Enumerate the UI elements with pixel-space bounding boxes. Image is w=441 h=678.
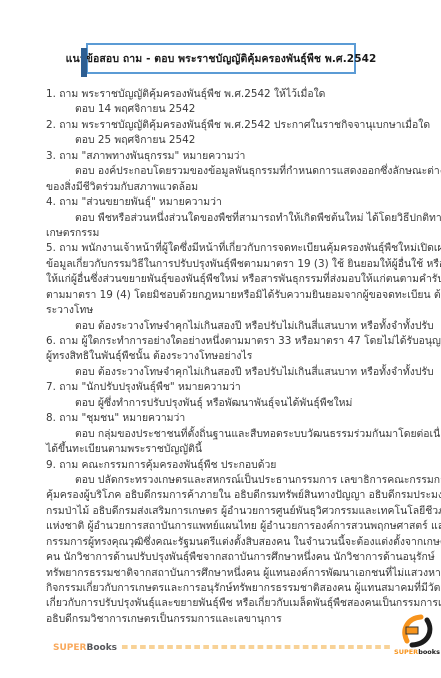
text-line: ของสิ่งมีชีวิตร่วมกับสภาพแวดล้อม: [46, 180, 406, 195]
text-line: ตอบ ต้องระวางโทษจำคุกไม่เกินสองปี หรือปร…: [46, 365, 406, 380]
text-line: 9. ถาม คณะกรรมการคุ้มครองพันธุ์พืช ประกอ…: [46, 458, 406, 473]
text-line: เกี่ยวกับการปรับปรุงพันธุ์และขยายพันธุ์พ…: [46, 596, 406, 611]
text-line: ให้แก่ผู้อื่นซึ่งส่วนขยายพันธุ์ของพันธุ์…: [46, 272, 406, 287]
text-line: ได้ขึ้นทะเบียนตามพระราชบัญญัตินี้: [46, 442, 406, 457]
text-line: 4. ถาม "ส่วนขยายพันธุ์" หมายความว่า: [46, 195, 406, 210]
text-line: ตอบ ต้องระวางโทษจำคุกไม่เกินสองปี หรือปร…: [46, 319, 406, 334]
title-box: แนวข้อสอบ ถาม - ตอบ พระราชบัญญัติคุ้มครอ…: [86, 43, 356, 74]
text-line: อธิบดีกรมวิชาการเกษตรเป็นกรรมการและเลขาน…: [46, 612, 406, 627]
document-page: แนวข้อสอบ ถาม - ตอบ พระราชบัญญัติคุ้มครอ…: [0, 0, 441, 678]
superbooks-logo-text: SUPERbooks: [394, 648, 440, 656]
text-line: ทรัพยากรธรรมชาติจากสถาบันการศึกษาหนึ่งคน…: [46, 566, 406, 581]
text-line: ตอบ 14 พฤศจิกายน 2542: [46, 102, 406, 117]
text-line: ข้อมูลเกี่ยวกับกรรมวิธีในการปรับปรุงพันธ…: [46, 257, 406, 272]
footer-brand: SUPERBooks: [53, 643, 117, 653]
text-line: เกษตรกรรม: [46, 226, 406, 241]
document-body: 1. ถาม พระราชบัญญัติคุ้มครองพันธุ์พืช พ.…: [46, 87, 406, 627]
text-line: 7. ถาม "นักปรับปรุงพันธุ์พืช" หมายความว่…: [46, 380, 406, 395]
text-line: 8. ถาม "ชุมชน" หมายความว่า: [46, 411, 406, 426]
text-line: ตอบ 25 พฤศจิกายน 2542: [46, 133, 406, 148]
text-line: กรมป่าไม้ อธิบดีกรมส่งเสริมการเกษตร ผู้อ…: [46, 504, 406, 519]
text-line: ตอบ กลุ่มของประชาชนที่ตั้งถิ่นฐานและสืบท…: [46, 427, 406, 442]
footer-divider: ========================================…: [121, 643, 393, 653]
text-line: 3. ถาม "สภาพทางพันธุกรรม" หมายความว่า: [46, 149, 406, 164]
text-line: ตามมาตรา 19 (4) โดยมิชอบด้วยกฎหมายหรือมิ…: [46, 288, 406, 303]
text-line: กิจกรรมเกี่ยวกับการเกษตรและการอนุรักษ์ทร…: [46, 581, 406, 596]
logo-text-super: SUPER: [394, 648, 418, 656]
footer-brand-super: SUPER: [53, 643, 86, 653]
text-line: 5. ถาม พนักงานเจ้าหน้าที่ผู้ใดซึ่งมีหน้า…: [46, 241, 406, 256]
text-line: ระวางโทษ: [46, 303, 406, 318]
text-line: แห่งชาติ ผู้อำนวยการสถาบันการแพทย์แผนไทย…: [46, 519, 406, 534]
text-line: ตอบ ปลัดกระทรวงเกษตรและสหกรณ์เป็นประธานก…: [46, 473, 406, 488]
text-line: ตอบ องค์ประกอบโดยรวมของข้อมูลพันธุกรรมที…: [46, 164, 406, 179]
superbooks-logo: SUPERbooks: [394, 614, 440, 656]
swoosh-icon: [400, 614, 434, 648]
page-footer: SUPERBooks =============================…: [53, 640, 393, 656]
text-line: คน นักวิชาการด้านปรับปรุงพันธุ์พืชจากสถา…: [46, 550, 406, 565]
footer-brand-books: Books: [86, 643, 117, 653]
logo-text-books: books: [418, 648, 440, 656]
text-line: คุ้มครองผู้บริโภค อธิบดีกรมการค้าภายใน อ…: [46, 488, 406, 503]
text-line: ตอบ ผู้ซึ่งทำการปรับปรุงพันธุ์ หรือพัฒนา…: [46, 396, 406, 411]
text-line: ตอบ พืชหรือส่วนหนึ่งส่วนใดของพืชที่สามาร…: [46, 211, 406, 226]
text-line: 6. ถาม ผู้ใดกระทำการอย่างใดอย่างหนึ่งตาม…: [46, 334, 406, 349]
text-line: 1. ถาม พระราชบัญญัติคุ้มครองพันธุ์พืช พ.…: [46, 87, 406, 102]
page-title: แนวข้อสอบ ถาม - ตอบ พระราชบัญญัติคุ้มครอ…: [66, 50, 377, 67]
text-line: 2. ถาม พระราชบัญญัติคุ้มครองพันธุ์พืช พ.…: [46, 118, 406, 133]
text-line: ผู้ทรงสิทธิในพันธุ์พืชนั้น ต้องระวางโทษอ…: [46, 349, 406, 364]
title-box-accent-bar: [81, 48, 87, 77]
text-line: กรรมการผู้ทรงคุณวุฒิซึ่งคณะรัฐมนตรีแต่งต…: [46, 535, 406, 550]
